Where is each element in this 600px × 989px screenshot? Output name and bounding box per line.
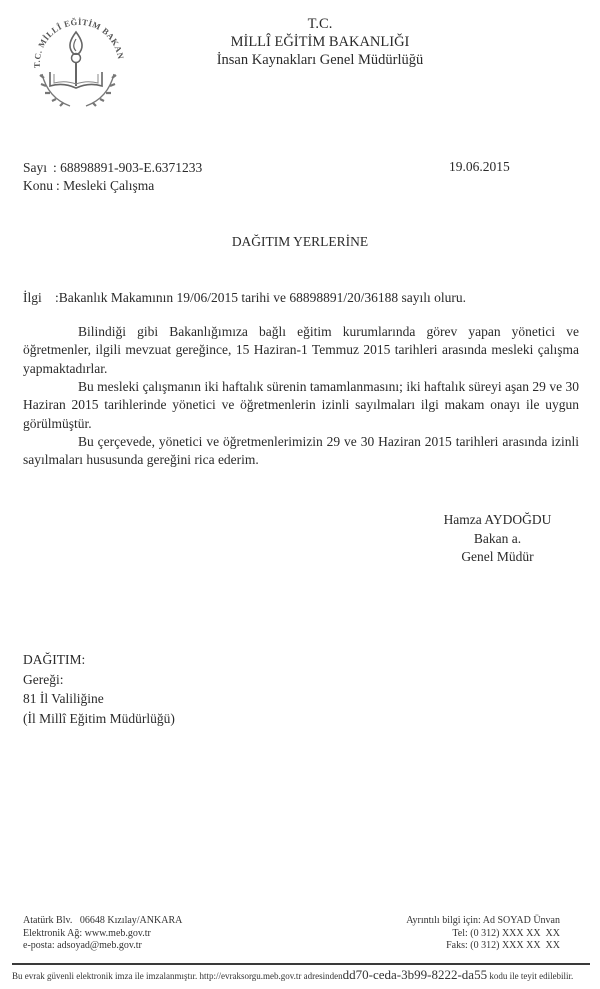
signatory-title: Genel Müdür	[420, 548, 575, 567]
footer-email: e-posta: adsoyad@meb.gov.tr	[23, 940, 182, 953]
distribution-heading: DAĞITIM:	[23, 650, 175, 670]
body-paragraph-2: Bu mesleki çalışmanın iki haftalık süren…	[23, 378, 579, 433]
footer-info: Ayrıntılı bilgi için: Ad SOYAD Ünvan	[406, 915, 560, 928]
header-ministry: MİLLÎ EĞİTİM BAKANLIĞI	[160, 33, 480, 51]
footer-web: Elektronik Ağ: www.meb.gov.tr	[23, 928, 182, 941]
konu-value: : Mesleki Çalışma	[56, 178, 154, 193]
ministry-seal-logo: T.C. MİLLÎ EĞİTİM BAKANLIĞI	[26, 12, 130, 116]
distribution-block: DAĞITIM: Gereği: 81 İl Valiliğine (İl Mi…	[23, 650, 175, 728]
sayi-value: : 68898891-903-E.6371233	[53, 160, 202, 175]
verification-suffix: kodu ile teyit edilebilir.	[487, 971, 573, 981]
footer-contact-left: Atatürk Blv. 06648 Kızılay/ANKARA Elektr…	[23, 915, 182, 953]
konu-label: Konu	[23, 178, 53, 193]
footer-fax: Faks: (0 312) XXX XX XX	[406, 940, 560, 953]
header-republic: T.C.	[160, 15, 480, 33]
footer-address: Atatürk Blv. 06648 Kızılay/ANKARA	[23, 915, 182, 928]
verification-line: Bu evrak güvenli elektronik imza ile imz…	[12, 967, 592, 983]
signatory-on-behalf: Bakan a.	[420, 530, 575, 549]
verification-code: dd70-ceda-3b99-8222-da55	[343, 967, 487, 982]
distribution-item: 81 İl Valiliğine	[23, 689, 175, 709]
document-date: 19.06.2015	[449, 159, 510, 175]
footer-divider	[12, 963, 590, 965]
signatory-name: Hamza AYDOĞDU	[420, 511, 575, 530]
ministry-seal-icon: T.C. MİLLÎ EĞİTİM BAKANLIĞI	[26, 12, 130, 116]
distribution-sub: Gereği:	[23, 670, 175, 690]
signature-block: Hamza AYDOĞDU Bakan a. Genel Müdür	[420, 511, 575, 567]
footer-tel: Tel: (0 312) XXX XX XX	[406, 928, 560, 941]
sayi-label: Sayı	[23, 160, 47, 175]
document-number: Sayı: 68898891-903-E.6371233	[23, 159, 202, 177]
body-paragraph-1: Bilindiği gibi Bakanlığımıza bağlı eğiti…	[23, 323, 579, 378]
footer-contact-right: Ayrıntılı bilgi için: Ad SOYAD Ünvan Tel…	[406, 915, 560, 953]
distribution-item: (İl Millî Eğitim Müdürlüğü)	[23, 709, 175, 729]
document-subject: Konu: Mesleki Çalışma	[23, 177, 154, 195]
body-paragraph-3: Bu çerçevede, yönetici ve öğretmenlerimi…	[23, 433, 579, 470]
reference-label: İlgi	[23, 290, 55, 306]
reference-text: :Bakanlık Makamının 19/06/2015 tarihi ve…	[55, 290, 466, 305]
verification-prefix: Bu evrak güvenli elektronik imza ile imz…	[12, 971, 343, 981]
header-department: İnsan Kaynakları Genel Müdürlüğü	[160, 51, 480, 69]
recipient-heading: DAĞITIM YERLERİNE	[0, 234, 600, 250]
reference-line: İlgi:Bakanlık Makamının 19/06/2015 tarih…	[23, 290, 466, 306]
